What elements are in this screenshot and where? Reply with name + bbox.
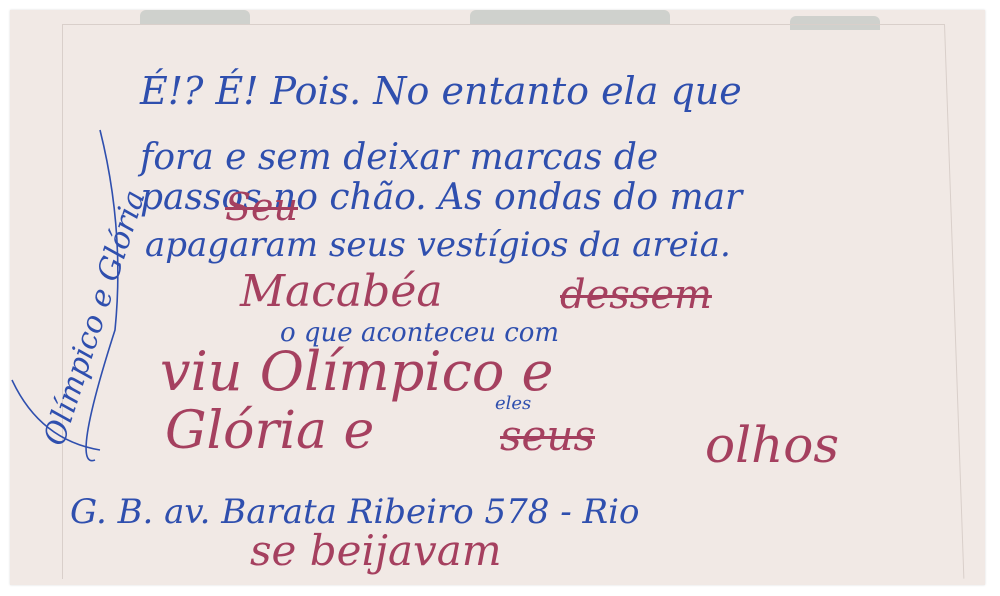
red-line-viu: viu Olímpico e xyxy=(160,345,553,399)
red-line-macabea: Macabéa xyxy=(240,270,443,314)
blue-line-1: É!? É! Pois. No entanto ela que xyxy=(140,72,742,110)
struck-word-seus: seus xyxy=(500,415,595,457)
red-line-beijavam: se beijavam xyxy=(250,530,502,572)
address-line: G. B. av. Barata Ribeiro 578 - Rio xyxy=(70,495,639,529)
blue-line-4: apagaram seus vestígios da areia. xyxy=(145,228,731,262)
red-line-gloria: Glória e xyxy=(165,405,374,457)
struck-word-dessem: dessem xyxy=(560,275,712,315)
red-word-olhos: olhos xyxy=(705,420,839,470)
struck-word-seu: Seu xyxy=(225,188,298,226)
blue-line-2: fora e sem deixar marcas de xyxy=(140,140,658,176)
